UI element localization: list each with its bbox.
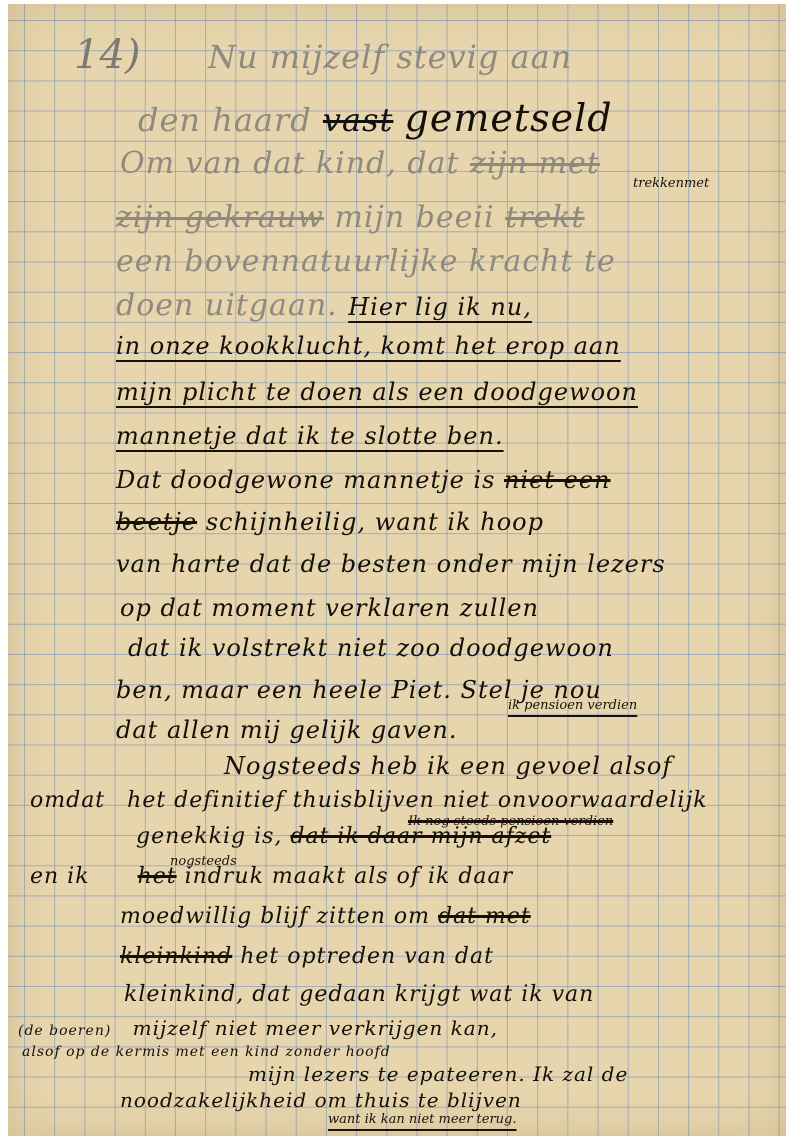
insertion-above: trekkenmet xyxy=(633,176,709,191)
page-number: 14) xyxy=(74,32,141,78)
line-22: kleinkind het optreden van dat xyxy=(120,944,494,969)
line-14: dat ik volstrekt niet zoo doodgewoon xyxy=(128,634,614,662)
margin-insertion: alsof op de kermis met een kind zonder h… xyxy=(22,1044,391,1060)
line-1: Nu mijzelf stevig aan xyxy=(208,38,572,76)
margin-note: omdat xyxy=(30,788,105,813)
line-16: dat allen mij gelijk gaven. xyxy=(116,716,457,744)
line-21: moedwillig blijf zitten om dat met xyxy=(120,904,531,929)
line-17: Nogsteeds heb ik een gevoel alsof xyxy=(224,752,672,780)
line-20: en ik het indruk maakt als of ik daar xyxy=(30,864,513,889)
line-23: kleinkind, dat gedaan krijgt wat ik van xyxy=(124,982,594,1007)
line-13: op dat moment verklaren zullen xyxy=(120,594,539,622)
line-2: den haard vast gemetseld xyxy=(138,96,613,140)
insertion-above: want ik kan niet meer terug. xyxy=(328,1112,517,1127)
line-11: beetje schijnheilig, want ik hoop xyxy=(116,508,544,536)
line-6: doen uitgaan. Hier lig ik nu, xyxy=(116,288,532,323)
line-3: Om van dat kind, dat zijn met xyxy=(120,146,600,181)
line-12: van harte dat de besten onder mijn lezer… xyxy=(116,550,666,578)
line-18: omdat omdat het definitief thuisblijven … xyxy=(30,788,708,813)
line-9: mannetje dat ik te slotte ben. xyxy=(116,422,504,450)
line-25: mijn lezers te epateeren. Ik zal de xyxy=(248,1062,628,1086)
line-10: Dat doodgewone mannetje is niet een xyxy=(116,466,611,494)
line-24: (de boeren) mijzelf niet meer verkrijgen… xyxy=(18,1016,498,1040)
struck-word: vast xyxy=(323,101,393,139)
line-26: noodzakelijkheid om thuis te blijven xyxy=(120,1088,522,1112)
insertion-above: ik pensioen verdien xyxy=(508,698,637,713)
line-19: genekkig is, dat ik daar mijn afzet xyxy=(136,824,551,849)
line-8: mijn plicht te doen als een doodgewoon xyxy=(116,378,638,406)
line-5: een bovennatuurlijke kracht te xyxy=(116,244,616,279)
struck-word: zijn met xyxy=(470,146,600,181)
correction-word: gemetseld xyxy=(405,96,613,140)
margin-note: (de boeren) xyxy=(18,1023,111,1039)
margin-note: en ik xyxy=(30,864,90,889)
line-7: in onze kookklucht, komt het erop aan xyxy=(116,332,621,360)
manuscript-page: 14) Nu mijzelf stevig aan den haard vast… xyxy=(8,4,786,1136)
line-4: zijn gekrauw mijn beeii trekt xyxy=(116,200,585,235)
